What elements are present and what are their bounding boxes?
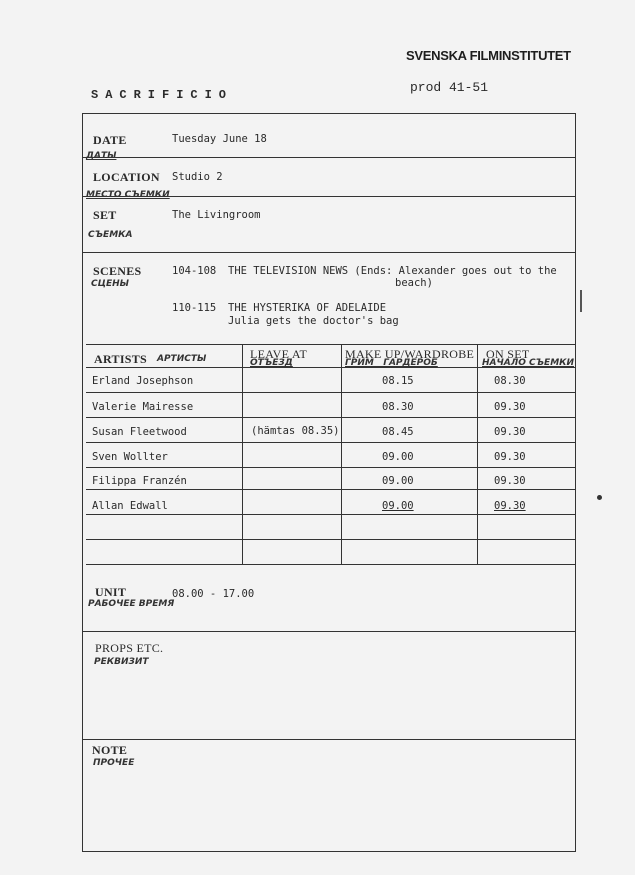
artist-name: Erland Josephson bbox=[92, 375, 193, 387]
scene-description-cont: Julia gets the doctor's bag bbox=[228, 315, 399, 327]
makeup-time: 08.15 bbox=[382, 375, 414, 387]
date-label: DATE bbox=[93, 133, 127, 148]
props-label-ru: РЕКВИЗИТ bbox=[94, 657, 149, 667]
artist-name: Filippa Franzén bbox=[92, 475, 187, 487]
divider bbox=[82, 739, 576, 740]
location-label-ru: МЕСТО СЪЕМКИ bbox=[86, 190, 170, 200]
row-divider bbox=[86, 367, 576, 368]
divider bbox=[82, 196, 576, 197]
row-divider bbox=[86, 489, 576, 490]
unit-label: UNIT bbox=[95, 585, 126, 600]
column-divider bbox=[477, 344, 478, 564]
scenes-label-ru: СЦЕНЫ bbox=[91, 279, 129, 289]
row-divider bbox=[86, 392, 576, 393]
set-label: SET bbox=[93, 208, 117, 223]
organization-name: SVENSKA FILMINSTITUTET bbox=[406, 48, 571, 63]
note-label: NOTE bbox=[92, 743, 127, 758]
location-value: Studio 2 bbox=[172, 171, 223, 183]
unit-label-ru: РАБОЧЕЕ ВРЕМЯ bbox=[88, 599, 174, 609]
makeup-time: 09.00 bbox=[382, 500, 414, 512]
makeup-time: 09.00 bbox=[382, 451, 414, 463]
row-divider bbox=[86, 539, 576, 540]
on-set-time: 08.30 bbox=[494, 375, 526, 387]
artist-name: Sven Wollter bbox=[92, 451, 168, 463]
makeup-time: 08.45 bbox=[382, 426, 414, 438]
scan-speck bbox=[597, 495, 602, 500]
location-label: LOCATION bbox=[93, 170, 160, 185]
artist-name: Susan Fleetwood bbox=[92, 426, 187, 438]
leave-at-value: (hämtas 08.35) bbox=[251, 425, 340, 437]
scene-description: THE TELEVISION NEWS (Ends: Alexander goe… bbox=[228, 265, 557, 277]
unit-hours: 08.00 - 17.00 bbox=[172, 588, 254, 600]
set-value: The Livingroom bbox=[172, 209, 261, 221]
scan-speck bbox=[580, 290, 582, 312]
row-divider bbox=[86, 514, 576, 515]
row-divider bbox=[86, 564, 576, 565]
divider bbox=[82, 252, 576, 253]
column-divider bbox=[341, 344, 342, 564]
scene-description-cont: beach) bbox=[395, 277, 433, 289]
artist-name: Valerie Mairesse bbox=[92, 401, 193, 413]
row-divider bbox=[86, 467, 576, 468]
on-set-time: 09.30 bbox=[494, 500, 526, 512]
set-label-ru: СЪЕМКА bbox=[88, 230, 133, 240]
scene-range: 104-108 bbox=[172, 265, 216, 277]
makeup-time: 08.30 bbox=[382, 401, 414, 413]
film-title: SACRIFICIO bbox=[91, 88, 233, 102]
row-divider bbox=[86, 417, 576, 418]
divider bbox=[82, 157, 576, 158]
scene-description: THE HYSTERIKA OF ADELAIDE bbox=[228, 302, 386, 314]
column-divider bbox=[242, 344, 243, 564]
on-set-time: 09.30 bbox=[494, 426, 526, 438]
date-value: Tuesday June 18 bbox=[172, 133, 267, 145]
date-label-ru: ДАТЫ bbox=[86, 151, 116, 161]
divider bbox=[82, 631, 576, 632]
divider bbox=[86, 344, 576, 345]
makeup-time: 09.00 bbox=[382, 475, 414, 487]
artist-name: Allan Edwall bbox=[92, 500, 168, 512]
props-label: PROPS ETC. bbox=[95, 641, 163, 656]
on-set-time: 09.30 bbox=[494, 451, 526, 463]
production-reference: prod 41-51 bbox=[410, 80, 488, 95]
artists-header-ru: АРТИСТЫ bbox=[157, 354, 206, 364]
artists-header: ARTISTS bbox=[94, 352, 147, 367]
row-divider bbox=[86, 442, 576, 443]
scene-range: 110-115 bbox=[172, 302, 216, 314]
scenes-label: SCENES bbox=[93, 264, 142, 279]
on-set-time: 09.30 bbox=[494, 401, 526, 413]
on-set-time: 09.30 bbox=[494, 475, 526, 487]
note-label-ru: ПРОЧЕЕ bbox=[93, 758, 134, 768]
